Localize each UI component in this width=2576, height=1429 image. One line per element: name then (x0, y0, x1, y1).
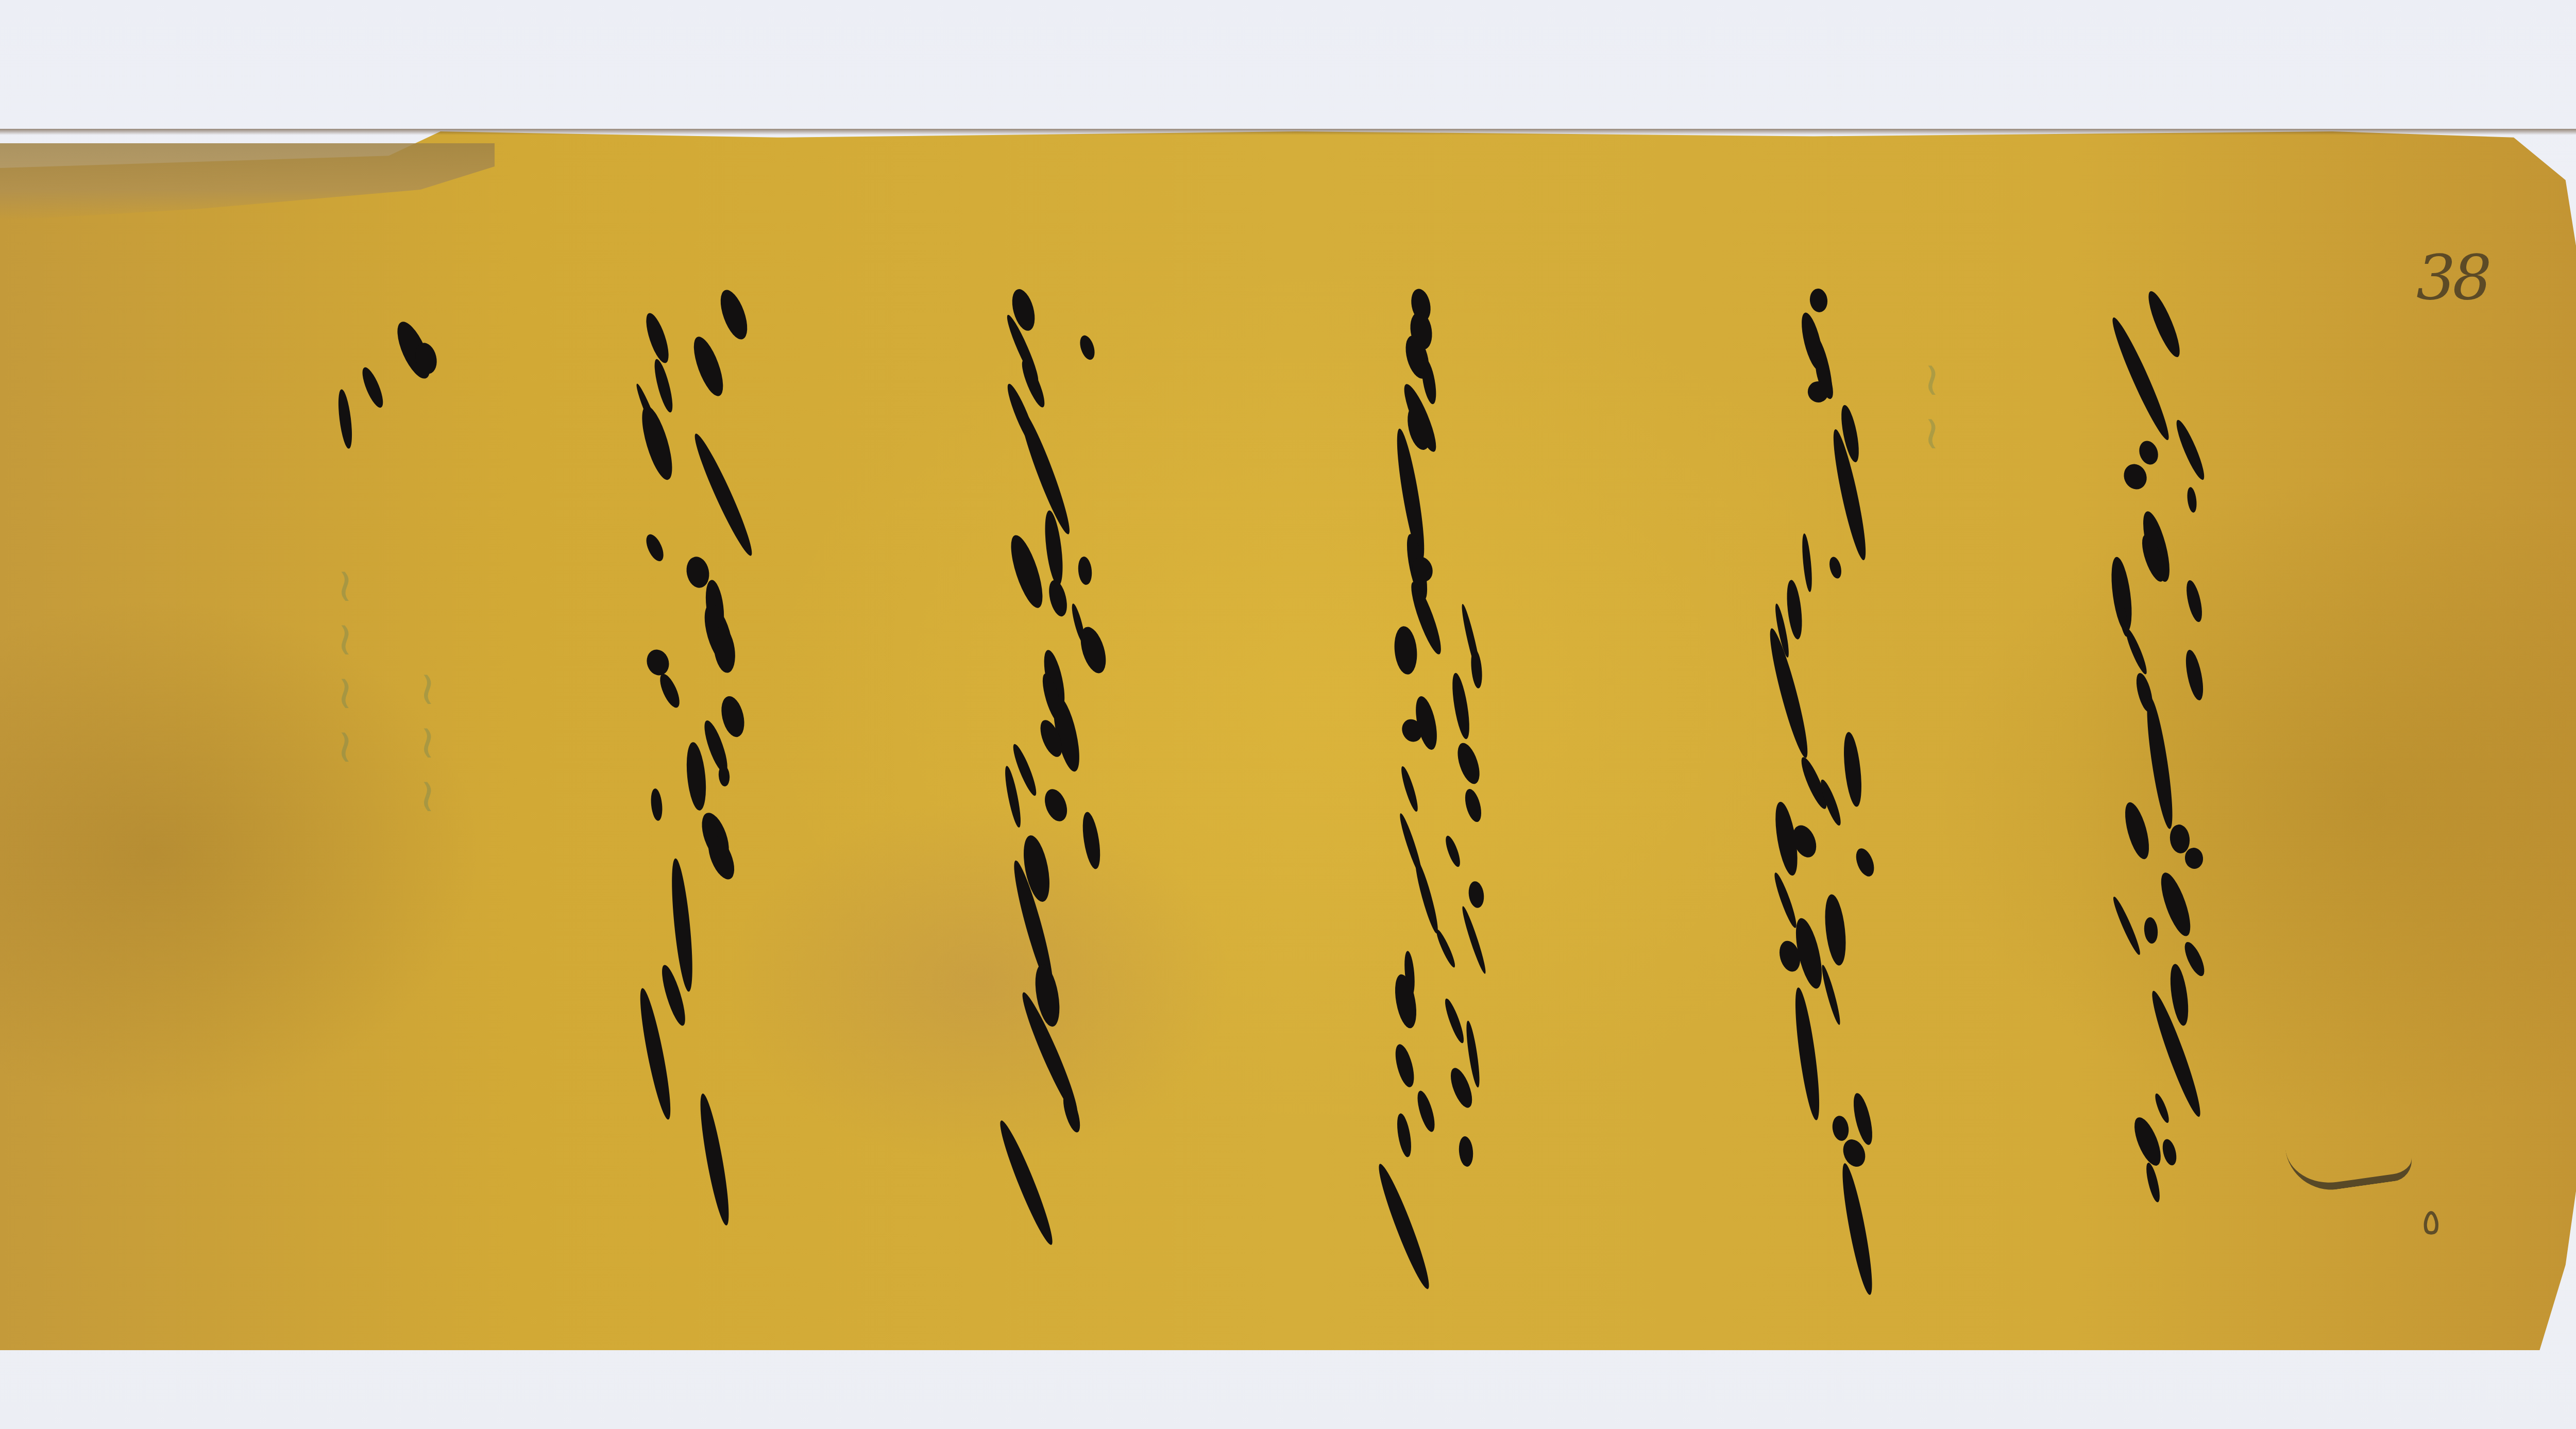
folio-number: 38 (2416, 242, 2489, 314)
offset-ghost-text: ~ ~ ~ (402, 670, 456, 816)
torn-top-edge (0, 129, 2576, 135)
margin-note: ٥ (2421, 1201, 2441, 1243)
offset-ghost-text: ~ ~ (1906, 361, 1960, 453)
manuscript-leaf (0, 131, 2576, 1350)
offset-ghost-text: ~ ~ ~ ~ (319, 567, 374, 766)
